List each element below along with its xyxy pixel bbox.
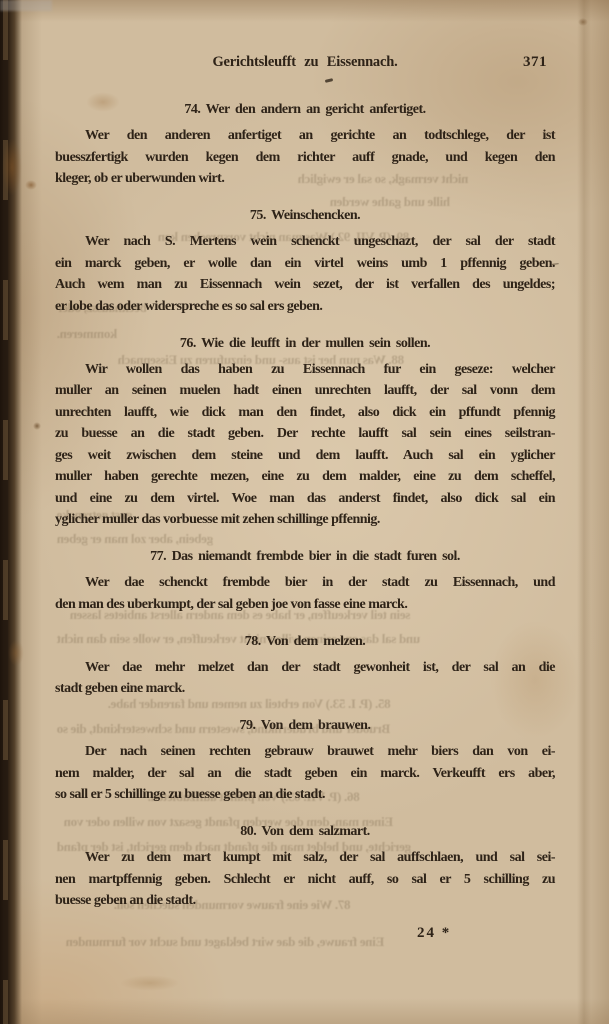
section-heading: 77. Das niemandt frembde bier in die sta… [55, 546, 555, 568]
paragraph: Wer dae mehr melzet dan der stadt gewonh… [55, 657, 555, 700]
page-header: Gerichtsleufft zu Eissennach. 371 [55, 54, 555, 76]
text-line: Wer nach S. Mertens wein schenckt ungesc… [55, 231, 555, 253]
text-line: Auch wem man zu Eissennach wein sezet, d… [55, 274, 555, 296]
text-line: nem malder, der sal an die stadt geben e… [55, 763, 555, 785]
text-line: nen martpffennig geben. Schlecht er nich… [55, 869, 555, 891]
text-line: muller an seinen muelen hadt einen unrec… [55, 380, 555, 402]
text-line: stadt geben eine marck. [55, 678, 555, 700]
section-heading: 80. Von dem salzmart. [55, 821, 555, 843]
section: 79. Von dem brauwen.Der nach seinen rech… [55, 715, 555, 806]
section: 76. Wie die leufft in der mullen sein so… [55, 333, 555, 531]
text-line: buesse geben an die stadt. [55, 890, 555, 912]
paragraph: Wer nach S. Mertens wein schenckt ungesc… [55, 231, 555, 317]
margin-mark: – [551, 255, 559, 272]
paragraph: Der nach seinen rechten gebrauw brauwet … [55, 741, 555, 806]
section: 75. Weinschencken.Wer nach S. Mertens we… [55, 205, 555, 317]
sections-container: 74. Wer den andern an gericht anfertiget… [55, 99, 555, 912]
text-line: so sall er 5 schillinge zu buesse geben … [55, 784, 555, 806]
text-line: Wer zu dem mart kumpt mit salz, der sal … [55, 847, 555, 869]
section: 77. Das niemandt frembde bier in die sta… [55, 546, 555, 615]
section-heading: 78. Von dem melzen. [55, 631, 555, 653]
paragraph: Wir wollen das haben zu Eissennach fur e… [55, 359, 555, 531]
corner-smudge [0, 0, 52, 11]
section-heading: 76. Wie die leufft in der mullen sein so… [55, 333, 555, 355]
paragraph: Wer zu dem mart kumpt mit salz, der sal … [55, 847, 555, 912]
text-line: unrechten laufft, wie dick man den finde… [55, 402, 555, 424]
text-line: und eine zu dem virtel. Woe man das ande… [55, 488, 555, 510]
section-heading: 79. Von dem brauwen. [55, 715, 555, 737]
section: 80. Von dem salzmart.Wer zu dem mart kum… [55, 821, 555, 912]
text-line: muller haben gerechte mezen, eine zu dem… [55, 466, 555, 488]
section-heading: 75. Weinschencken. [55, 205, 555, 227]
text-line: zu buesse an die stadt geben. Der rechte… [55, 423, 555, 445]
text-line: yglicher muller das vorbuesse mit zehen … [55, 509, 555, 531]
signature-mark: 24 * [417, 925, 451, 942]
book-page-scan: nicht vermagk, so sal er ewiglichhille u… [0, 0, 609, 1024]
section: 74. Wer den andern an gericht anfertiget… [55, 99, 555, 190]
text-line: Wir wollen das haben zu Eissennach fur e… [55, 359, 555, 381]
paragraph: Wer den anderen anfertiget an gerichte a… [55, 125, 555, 190]
text-line: Der nach seinen rechten gebrauw brauwet … [55, 741, 555, 763]
text-line: kleger, ob er uberwunden wirt. [55, 168, 555, 190]
text-line: Wer dae schenckt frembde bier in der sta… [55, 572, 555, 594]
text-line: ges weit zwischen dem steine und dem lau… [55, 445, 555, 467]
page-number: 371 [523, 54, 547, 71]
running-title: Gerichtsleufft zu Eissennach. [55, 54, 555, 71]
bleedthrough-text: Eine frauwe, die dae wirt beklaget und s… [66, 934, 384, 950]
paragraph: Wer dae schenckt frembde bier in der sta… [55, 572, 555, 615]
section: 78. Von dem melzen.Wer dae mehr melzet d… [55, 631, 555, 700]
text-line: Wer dae mehr melzet dan der stadt gewonh… [55, 657, 555, 679]
text-line: Wer den anderen anfertiget an gerichte a… [55, 125, 555, 147]
text-line: buesszfertigk wurden kegen dem richter a… [55, 147, 555, 169]
text-line: den man des uberkumpt, der sal geben joe… [55, 594, 555, 616]
binding-edge-texture [3, 0, 8, 1024]
section-heading: 74. Wer den andern an gericht anfertiget… [55, 99, 555, 121]
text-line: ein marck geben, er wolle dan ein virtel… [55, 253, 555, 275]
text-line: er lobe das oder widerspreche es so sal … [55, 296, 555, 318]
page-fold-shadow [577, 0, 591, 1024]
